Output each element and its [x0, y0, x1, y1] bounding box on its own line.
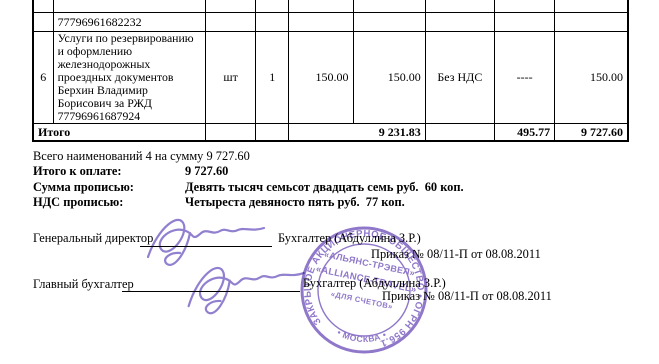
item-number-cell — [33, 13, 53, 32]
qty-cell: 1 — [256, 32, 289, 124]
totals-total-cell: 9 727.60 — [555, 124, 628, 142]
unit-cell: шт — [206, 32, 256, 124]
totals-row: Итого 9 231.83 495.77 9 727.60 — [33, 124, 628, 142]
price-cell: 150.00 — [289, 32, 353, 124]
vat-rate-cell — [425, 124, 494, 142]
stamp-bottom-text: • МОСКВА • — [335, 327, 388, 344]
items-count-line: Всего наименований 4 на сумму 9 727.60 — [33, 149, 464, 164]
amount-cell — [353, 13, 425, 32]
vat-rate-cell — [425, 13, 494, 32]
totals-vat-cell: 495.77 — [494, 124, 554, 142]
empty-cell — [289, 0, 353, 13]
empty-cell — [53, 0, 206, 13]
order-ref-2: Приказ № 08/11-П от 08.08.2011 — [382, 289, 552, 304]
empty-cell — [206, 0, 256, 13]
accountant-signature-scribble — [168, 252, 328, 320]
items-count-text: Всего наименований 4 на сумму 9 727.60 — [33, 149, 250, 163]
amount-words-label: Сумма прописью: — [33, 180, 185, 195]
amount-cell: 150.00 — [353, 32, 425, 124]
qty-cell — [256, 124, 289, 142]
order-ref-1: Приказ № 08/11-П от 08.08.2011 — [371, 247, 541, 262]
price-cell — [289, 13, 353, 32]
amount-words-value: Девять тысяч семьсот двадцать семь руб. … — [185, 180, 464, 194]
vat-amount-cell — [494, 13, 554, 32]
unit-cell — [206, 124, 256, 142]
item-number-cell: 6 — [33, 32, 53, 124]
invoice-table: 77796961682232 6 Услуги по резервировани… — [32, 0, 629, 142]
total-due-label: Итого к оплате: — [33, 164, 185, 179]
description-cell: 77796961682232 — [53, 13, 206, 32]
empty-cell — [555, 0, 628, 13]
invoice-page: 77796961682232 6 Услуги по резервировани… — [0, 0, 659, 364]
unit-cell — [206, 13, 256, 32]
chief-accountant-label: Главный бухгалтер — [33, 277, 134, 292]
cutoff-row — [33, 0, 628, 13]
accountant-name-1: Бухгалтер (Абдуллина З.Р.) — [278, 231, 421, 246]
empty-cell — [256, 0, 289, 13]
total-cell: 150.00 — [555, 32, 628, 124]
svg-text:• МОСКВА •: • МОСКВА • — [335, 327, 388, 344]
vat-rate-cell: Без НДС — [425, 32, 494, 124]
total-cell — [555, 13, 628, 32]
amount-words-line: Сумма прописью:Девять тысяч семьсот двад… — [33, 180, 464, 195]
qty-cell — [256, 13, 289, 32]
empty-cell — [353, 0, 425, 13]
totals-amount-cell: 9 231.83 — [289, 124, 425, 142]
summary-block: Всего наименований 4 на сумму 9 727.60 И… — [33, 149, 464, 211]
carryover-row: 77796961682232 — [33, 13, 628, 32]
vat-amount-cell: ---- — [494, 32, 554, 124]
totals-label-cell: Итого — [33, 124, 206, 142]
empty-cell — [33, 0, 53, 13]
empty-cell — [425, 0, 494, 13]
empty-cell — [494, 0, 554, 13]
total-due-line: Итого к оплате:9 727.60 — [33, 164, 464, 179]
total-due-value: 9 727.60 — [185, 164, 228, 178]
item-row: 6 Услуги по резервированию и оформлению … — [33, 32, 628, 124]
description-cell: Услуги по резервированию и оформлению же… — [53, 32, 206, 124]
